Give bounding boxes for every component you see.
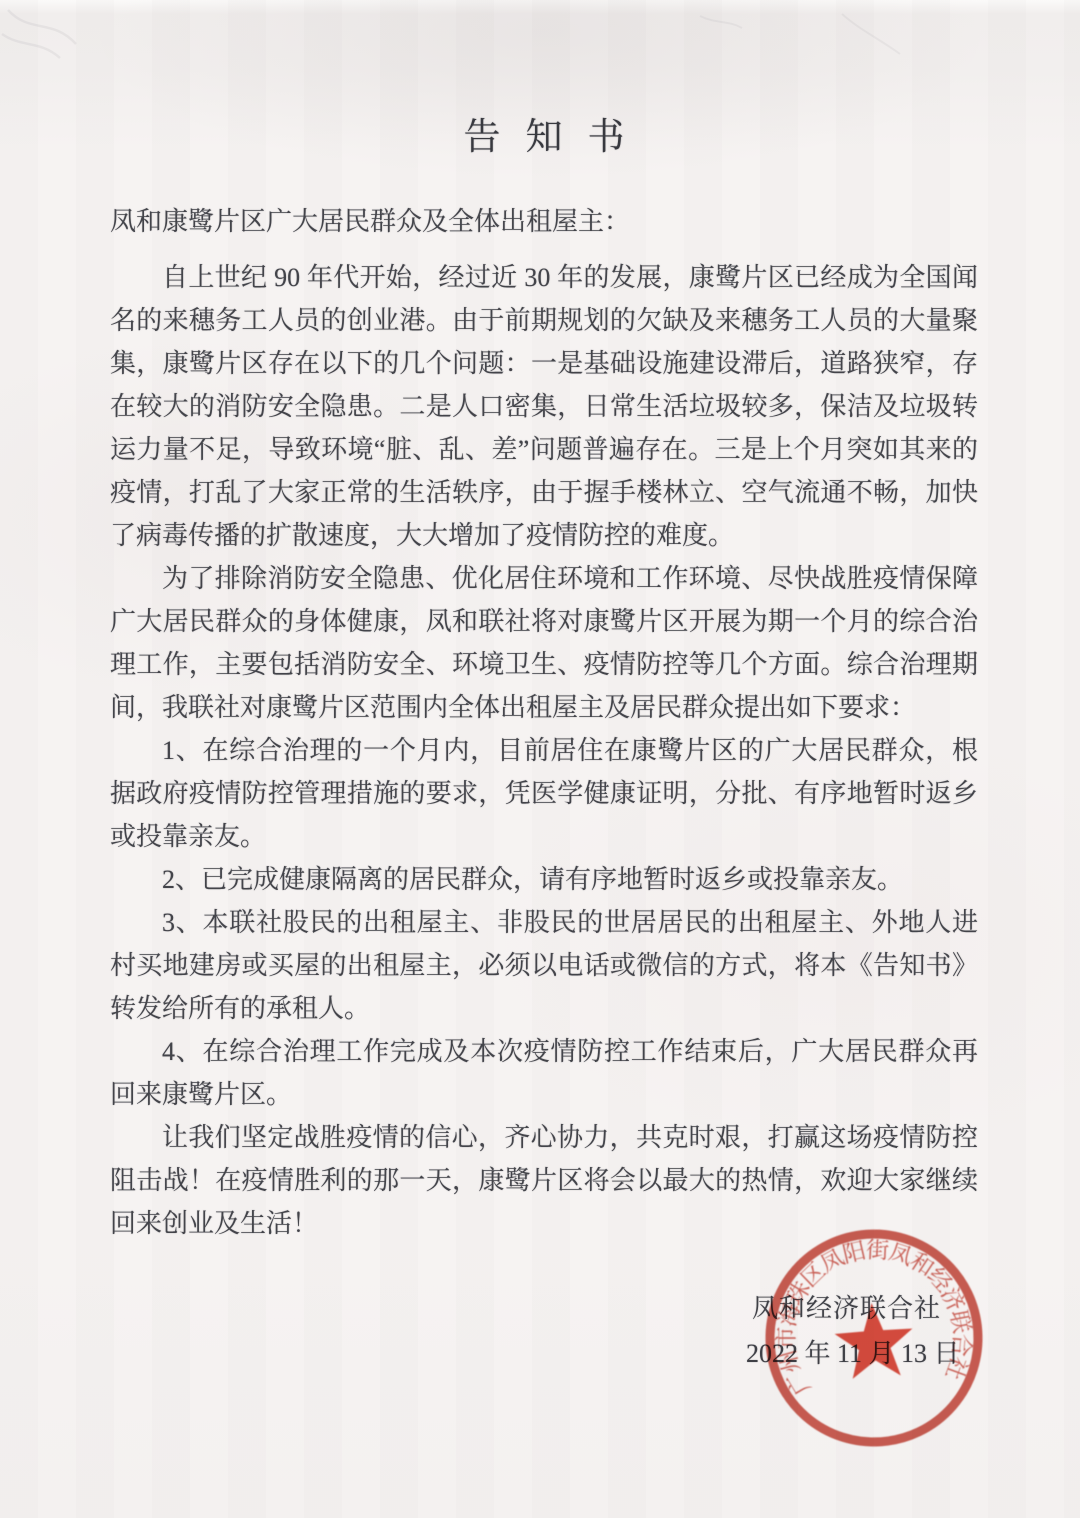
seal-star-icon: [833, 1300, 916, 1379]
paragraph: 4、在综合治理工作完成及本次疫情防控工作结束后，广大居民群众再回来康鹭片区。: [110, 1030, 978, 1116]
document-body: 凤和康鹭片区广大居民群众及全体出租屋主： 自上世纪 90 年代开始，经过近 30…: [110, 200, 978, 1245]
smudge-mark: [842, 14, 900, 54]
document-title: 告知书: [0, 106, 1080, 160]
salutation-line: 凤和康鹭片区广大居民群众及全体出租屋主：: [110, 200, 978, 243]
paragraph: 2、已完成健康隔离的居民群众，请有序地暂时返乡或投靠亲友。: [110, 858, 978, 901]
photo-artifacts: [0, 0, 1080, 120]
paragraph: 为了排除消防安全隐患、优化居住环境和工作环境、尽快战胜疫情保障广大居民群众的身体…: [110, 557, 978, 729]
paragraph: 3、本联社股民的出租屋主、非股民的世居居民的出租屋主、外地人进村买地建房或买屋的…: [110, 901, 978, 1030]
paragraph: 1、在综合治理的一个月内，目前居住在康鹭片区的广大居民群众，根据政府疫情防控管理…: [110, 729, 978, 858]
smudge-mark: [2, 10, 76, 58]
smudge-mark: [700, 16, 742, 28]
document-page: 告知书 凤和康鹭片区广大居民群众及全体出租屋主： 自上世纪 90 年代开始，经过…: [0, 0, 1080, 1518]
paragraphs: 自上世纪 90 年代开始，经过近 30 年的发展，康鹭片区已经成为全国闻名的来穗…: [110, 256, 978, 1245]
paragraph: 自上世纪 90 年代开始，经过近 30 年的发展，康鹭片区已经成为全国闻名的来穗…: [110, 256, 978, 557]
official-seal: 广州市海珠区凤阳街凤和经济联合社: [750, 1214, 998, 1462]
